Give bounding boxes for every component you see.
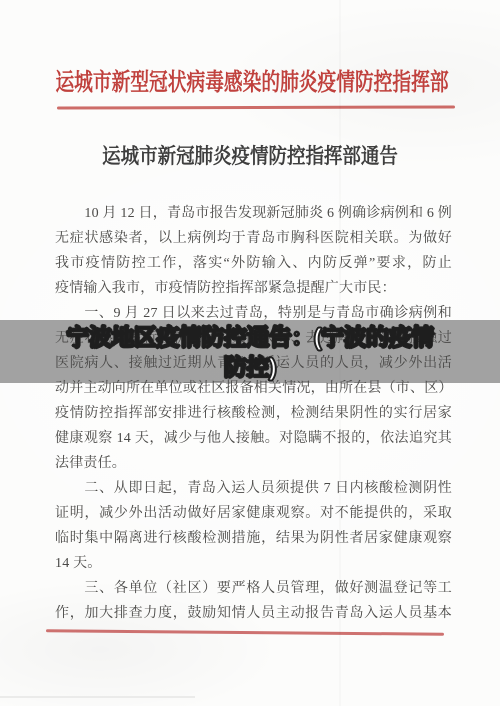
body-line: 三、各单位（社区）要严格人员管理，做好测温登记等工	[55, 576, 452, 601]
caption-overlay: 宁波地区疫情防控通告：(宁波的疫情 防控)	[0, 320, 500, 383]
notice-body: 10 月 12 日，青岛市报告发现新冠肺炎 6 例确诊病例和 6 例无症状感染者…	[55, 201, 452, 626]
body-line: 临时集中隔离进行核酸检测措施，结果为阴性者居家健康观察	[55, 526, 452, 551]
caption-line-2: 防控)	[224, 352, 276, 382]
page-bottom-red-rule	[46, 629, 444, 635]
paper-edge-artifact	[0, 696, 195, 698]
body-line: 我市疫情防控工作，落实“外防输入、内防反弹”要求，防止	[55, 251, 452, 276]
document-photo: 运城市新型冠状病毒感染的肺炎疫情防控指挥部 运城市新冠肺炎疫情防控指挥部通告 1…	[0, 0, 500, 706]
body-line: 疫情输入我市，市疫情防控指挥部紧急提醒广大市民：	[55, 276, 452, 301]
body-line: 健康观察 14 天，减少与他人接触。对隐瞒不报的，依法追究其	[55, 426, 452, 451]
body-line: 无症状感染者，以上病例均于青岛市胸科医院相关联。为做好	[55, 226, 452, 251]
notice-title: 运城市新冠肺炎疫情防控指挥部通告	[0, 143, 500, 169]
body-line: 法律责任。	[55, 451, 452, 476]
letterhead-banner: 运城市新型冠状病毒感染的肺炎疫情防控指挥部	[0, 66, 500, 100]
body-line: 二、从即日起，青岛入运人员须提供 7 日内核酸检测阴性	[55, 476, 452, 501]
body-line: 作，加大排查力度，鼓励知情人员主动报告青岛入运人员基本	[55, 601, 452, 626]
body-line: 疫情防控指挥部安排进行核酸检测，检测结果阴性的实行居家	[55, 401, 452, 426]
letterhead-banner-text: 运城市新型冠状病毒感染的肺炎疫情防控指挥部	[55, 66, 448, 100]
body-line: 证明，减少外出活动做好居家健康观察。对不能提供的，采取	[55, 501, 452, 526]
body-line: 14 天。	[55, 551, 452, 576]
caption-line-1: 宁波地区疫情防控通告：(宁波的疫情	[66, 322, 433, 352]
body-line: 10 月 12 日，青岛市报告发现新冠肺炎 6 例确诊病例和 6 例	[55, 201, 452, 226]
notice-title-text: 运城市新冠肺炎疫情防控指挥部通告	[102, 143, 398, 169]
letterhead-underline	[57, 105, 455, 109]
